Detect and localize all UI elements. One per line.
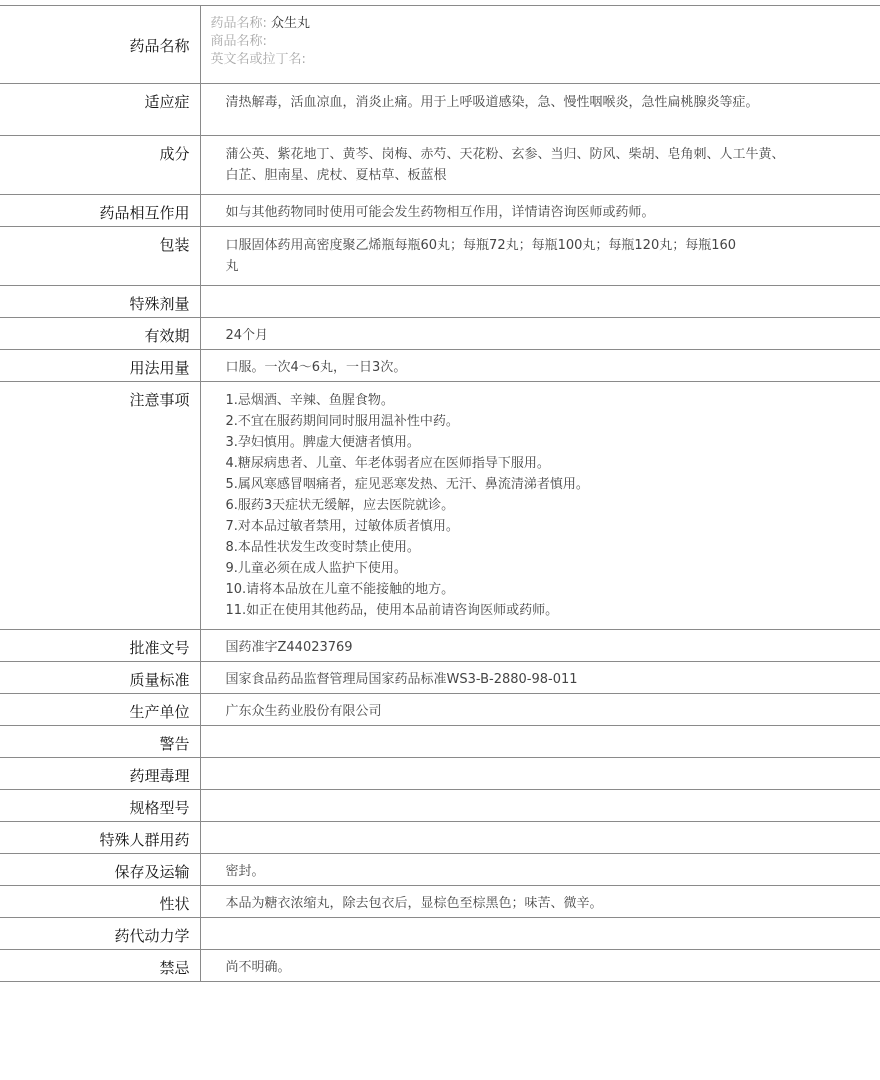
value-interactions: 如与其他药物同时使用可能会发生药物相互作用，详情请咨询医师或药师。 <box>200 195 880 227</box>
label-storage: 保存及运输 <box>0 854 200 886</box>
label-quality-standard: 质量标准 <box>0 662 200 694</box>
value-contraindications: 尚不明确。 <box>200 950 880 982</box>
value-pharmacokinetics <box>200 918 880 950</box>
row-pharmacokinetics: 药代动力学 <box>0 918 880 950</box>
row-precautions: 注意事项 1.忌烟酒、辛辣、鱼腥食物。 2.不宜在服药期间同时服用温补性中药。 … <box>0 382 880 630</box>
precaution-item: 4.糖尿病患者、儿童、年老体弱者应在医师指导下服用。 <box>226 453 791 474</box>
value-warning <box>200 726 880 758</box>
generic-name-label: 药品名称: <box>211 16 267 31</box>
precaution-item: 1.忌烟酒、辛辣、鱼腥食物。 <box>226 390 791 411</box>
row-drug-name: 药品名称 药品名称: 众生丸 商品名称: 英文名或拉丁名: <box>0 6 880 84</box>
row-warning: 警告 <box>0 726 880 758</box>
value-ingredients: 蒲公英、紫花地丁、黄芩、岗梅、赤芍、天花粉、玄参、当归、防风、柴胡、皂角刺、人工… <box>200 136 880 195</box>
row-contraindications: 禁忌 尚不明确。 <box>0 950 880 982</box>
label-interactions: 药品相互作用 <box>0 195 200 227</box>
label-specification: 规格型号 <box>0 790 200 822</box>
label-drug-name: 药品名称 <box>0 6 200 84</box>
value-specification <box>200 790 880 822</box>
row-special-dosage: 特殊剂量 <box>0 286 880 318</box>
value-special-population <box>200 822 880 854</box>
label-special-dosage: 特殊剂量 <box>0 286 200 318</box>
value-precautions: 1.忌烟酒、辛辣、鱼腥食物。 2.不宜在服药期间同时服用温补性中药。 3.孕妇慎… <box>200 382 880 630</box>
english-name-label: 英文名或拉丁名: <box>211 52 306 67</box>
value-shelf-life: 24个月 <box>200 318 880 350</box>
label-manufacturer: 生产单位 <box>0 694 200 726</box>
value-quality-standard: 国家食品药品监督管理局国家药品标准WS3-B-2880-98-011 <box>200 662 880 694</box>
row-manufacturer: 生产单位 广东众生药业股份有限公司 <box>0 694 880 726</box>
value-approval-number: 国药准字Z44023769 <box>200 630 880 662</box>
value-packaging: 口服固体药用高密度聚乙烯瓶每瓶60丸；每瓶72丸；每瓶100丸；每瓶120丸；每… <box>200 227 880 286</box>
precaution-item: 5.属风寒感冒咽痛者，症见恶寒发热、无汗、鼻流清涕者慎用。 <box>226 474 791 495</box>
label-packaging: 包装 <box>0 227 200 286</box>
label-appearance: 性状 <box>0 886 200 918</box>
label-approval-number: 批准文号 <box>0 630 200 662</box>
trade-name-label: 商品名称: <box>211 34 267 49</box>
generic-name-line: 药品名称: 众生丸 <box>211 15 871 33</box>
row-quality-standard: 质量标准 国家食品药品监督管理局国家药品标准WS3-B-2880-98-011 <box>0 662 880 694</box>
label-pharmacology: 药理毒理 <box>0 758 200 790</box>
row-specification: 规格型号 <box>0 790 880 822</box>
label-usage: 用法用量 <box>0 350 200 382</box>
row-storage: 保存及运输 密封。 <box>0 854 880 886</box>
value-special-dosage <box>200 286 880 318</box>
precaution-item: 3.孕妇慎用。脾虚大便溏者慎用。 <box>226 432 791 453</box>
drug-spec-table: 药品名称 药品名称: 众生丸 商品名称: 英文名或拉丁名: 适应症 清热解毒，活… <box>0 5 880 982</box>
row-appearance: 性状 本品为糖衣浓缩丸，除去包衣后，显棕色至棕黑色；味苦、微辛。 <box>0 886 880 918</box>
label-contraindications: 禁忌 <box>0 950 200 982</box>
precaution-item: 9.儿童必须在成人监护下使用。 <box>226 558 791 579</box>
row-approval-number: 批准文号 国药准字Z44023769 <box>0 630 880 662</box>
value-storage: 密封。 <box>200 854 880 886</box>
row-shelf-life: 有效期 24个月 <box>0 318 880 350</box>
english-name-line: 英文名或拉丁名: <box>211 51 871 69</box>
generic-name-value: 众生丸 <box>271 16 310 31</box>
row-usage: 用法用量 口服。一次4～6丸，一日3次。 <box>0 350 880 382</box>
row-special-population: 特殊人群用药 <box>0 822 880 854</box>
precaution-item: 10.请将本品放在儿童不能接触的地方。 <box>226 579 791 600</box>
label-precautions: 注意事项 <box>0 382 200 630</box>
precaution-item: 8.本品性状发生改变时禁止使用。 <box>226 537 791 558</box>
trade-name-line: 商品名称: <box>211 33 871 51</box>
label-special-population: 特殊人群用药 <box>0 822 200 854</box>
value-indications: 清热解毒，活血凉血，消炎止痛。用于上呼吸道感染，急、慢性咽喉炎，急性扁桃腺炎等症… <box>200 84 880 136</box>
value-drug-name: 药品名称: 众生丸 商品名称: 英文名或拉丁名: <box>200 6 880 84</box>
precaution-item: 2.不宜在服药期间同时服用温补性中药。 <box>226 411 791 432</box>
value-appearance: 本品为糖衣浓缩丸，除去包衣后，显棕色至棕黑色；味苦、微辛。 <box>200 886 880 918</box>
label-indications: 适应症 <box>0 84 200 136</box>
value-pharmacology <box>200 758 880 790</box>
precaution-item: 6.服药3天症状无缓解，应去医院就诊。 <box>226 495 791 516</box>
label-ingredients: 成分 <box>0 136 200 195</box>
value-manufacturer: 广东众生药业股份有限公司 <box>200 694 880 726</box>
row-interactions: 药品相互作用 如与其他药物同时使用可能会发生药物相互作用，详情请咨询医师或药师。 <box>0 195 880 227</box>
label-warning: 警告 <box>0 726 200 758</box>
row-packaging: 包装 口服固体药用高密度聚乙烯瓶每瓶60丸；每瓶72丸；每瓶100丸；每瓶120… <box>0 227 880 286</box>
row-indications: 适应症 清热解毒，活血凉血，消炎止痛。用于上呼吸道感染，急、慢性咽喉炎，急性扁桃… <box>0 84 880 136</box>
label-pharmacokinetics: 药代动力学 <box>0 918 200 950</box>
precaution-item: 7.对本品过敏者禁用，过敏体质者慎用。 <box>226 516 791 537</box>
row-ingredients: 成分 蒲公英、紫花地丁、黄芩、岗梅、赤芍、天花粉、玄参、当归、防风、柴胡、皂角刺… <box>0 136 880 195</box>
label-shelf-life: 有效期 <box>0 318 200 350</box>
value-usage: 口服。一次4～6丸，一日3次。 <box>200 350 880 382</box>
row-pharmacology: 药理毒理 <box>0 758 880 790</box>
precaution-item: 11.如正在使用其他药品，使用本品前请咨询医师或药师。 <box>226 600 791 621</box>
